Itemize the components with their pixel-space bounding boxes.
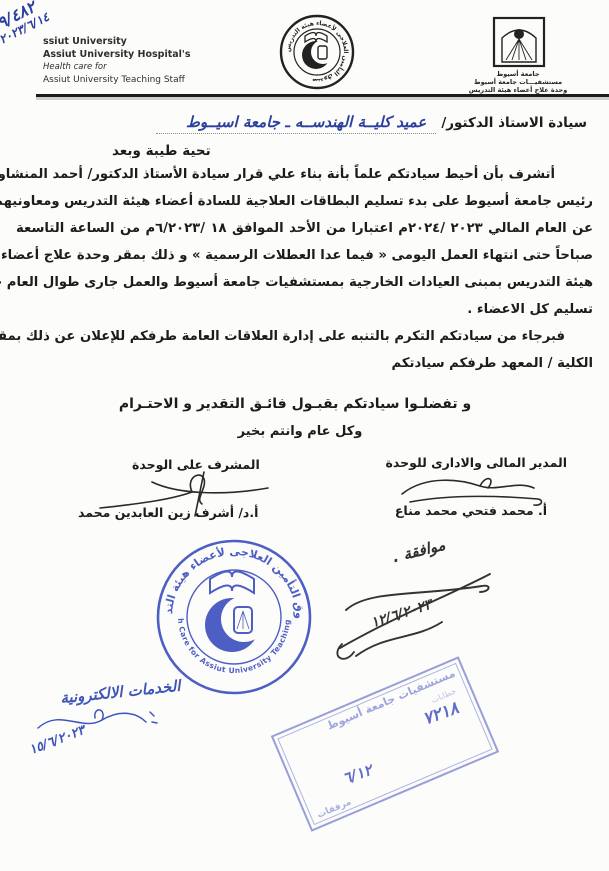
emblem-caption-line: مستشفيـــات جامعة أسيوط	[452, 78, 584, 86]
name-unit-supervisor: أ.د/ أشرف زين العابدين محمد	[78, 505, 258, 520]
letter-body: أتشرف بأن أحيط سيادتكم علماً بأنة بناء ع…	[16, 167, 593, 383]
body-line: رئيس جامعة أسيوط على بدء تسليم البطاقات …	[16, 194, 593, 221]
registry-entry-number-handwritten: ٧٢١٨	[421, 698, 462, 729]
salutation-printed: سيادة الاستاذ الدكتور/	[441, 115, 587, 131]
body-line: هيئة التدريس بمبنى العيادات الخارجية بمس…	[16, 275, 593, 302]
blue-fund-stamp-icon: صندوق التأمين العلاجى لأعضاء هيئة التدري…	[154, 537, 314, 697]
header-divider	[36, 94, 609, 97]
salutation-line: سيادة الاستاذ الدكتور/ عميد كليــة الهند…	[55, 112, 587, 131]
closing-wishes-line: وكل عام وانتم بخير	[185, 424, 415, 439]
letterhead-line: Assiut University Hospital's	[43, 49, 191, 62]
letterhead-line: Health care for	[43, 61, 191, 74]
body-line: عن العام المالي ٢٠٢٣ /٢٠٢٤م اعتبارا من ا…	[16, 221, 593, 248]
emblem-caption: جامعة أسيوط مستشفيـــات جامعة أسيوط وحدة…	[452, 70, 584, 94]
body-line: أتشرف بأن أحيط سيادتكم علماً بأنة بناء ع…	[16, 167, 593, 194]
name-financial-admin-director: أ. محمد فتحي محمد مناع	[395, 503, 547, 518]
english-letterhead: ssiut University Assiut University Hospi…	[43, 36, 191, 86]
registry-stamp-attachments-label: مرفقات	[316, 797, 353, 820]
lamp-icon	[514, 29, 524, 39]
body-line: فبرجاء من سيادتكم التكرم بالتنبه على إدا…	[16, 329, 593, 356]
body-line: صباحاً حتى انتهاء العمل اليومى « فيما عد…	[16, 248, 593, 275]
open-book-icon	[210, 571, 254, 593]
closing-courtesy-line: و تفضلـوا سيادتكم بقبـول فائـق التقدير و…	[95, 396, 495, 412]
letterhead-line: Assiut University Teaching Staff	[43, 74, 191, 87]
letterhead-line: ssiut University	[43, 36, 191, 49]
emblem-caption-line: جامعة أسيوط	[452, 70, 584, 78]
scanned-letter-page: ٩/٤٨٢ ٢٠٢٣/٦/١٤ ssiut University Assiut …	[0, 0, 609, 871]
open-book-icon	[305, 33, 327, 43]
fund-seal-icon: صندوق التأمين العلاجى لأعضاء هيئة التدري…	[278, 13, 356, 91]
registry-entry-date-handwritten: ٦/١٢	[340, 761, 374, 788]
emblem-caption-line: وحدة علاج أعضاء هيئة التدريس	[452, 86, 584, 94]
body-line: تسليم كل الاعضاء .	[16, 302, 593, 329]
greeting-line: تحية طيبة وبعد	[112, 143, 211, 159]
body-line: الكلية / المعهد طرفكم سيادتكم	[16, 356, 593, 383]
assiut-university-emblem-icon	[492, 16, 546, 68]
salutation-handwritten: عميد كليــة الهندســه ـ جامعة اسيــوط	[156, 113, 436, 134]
